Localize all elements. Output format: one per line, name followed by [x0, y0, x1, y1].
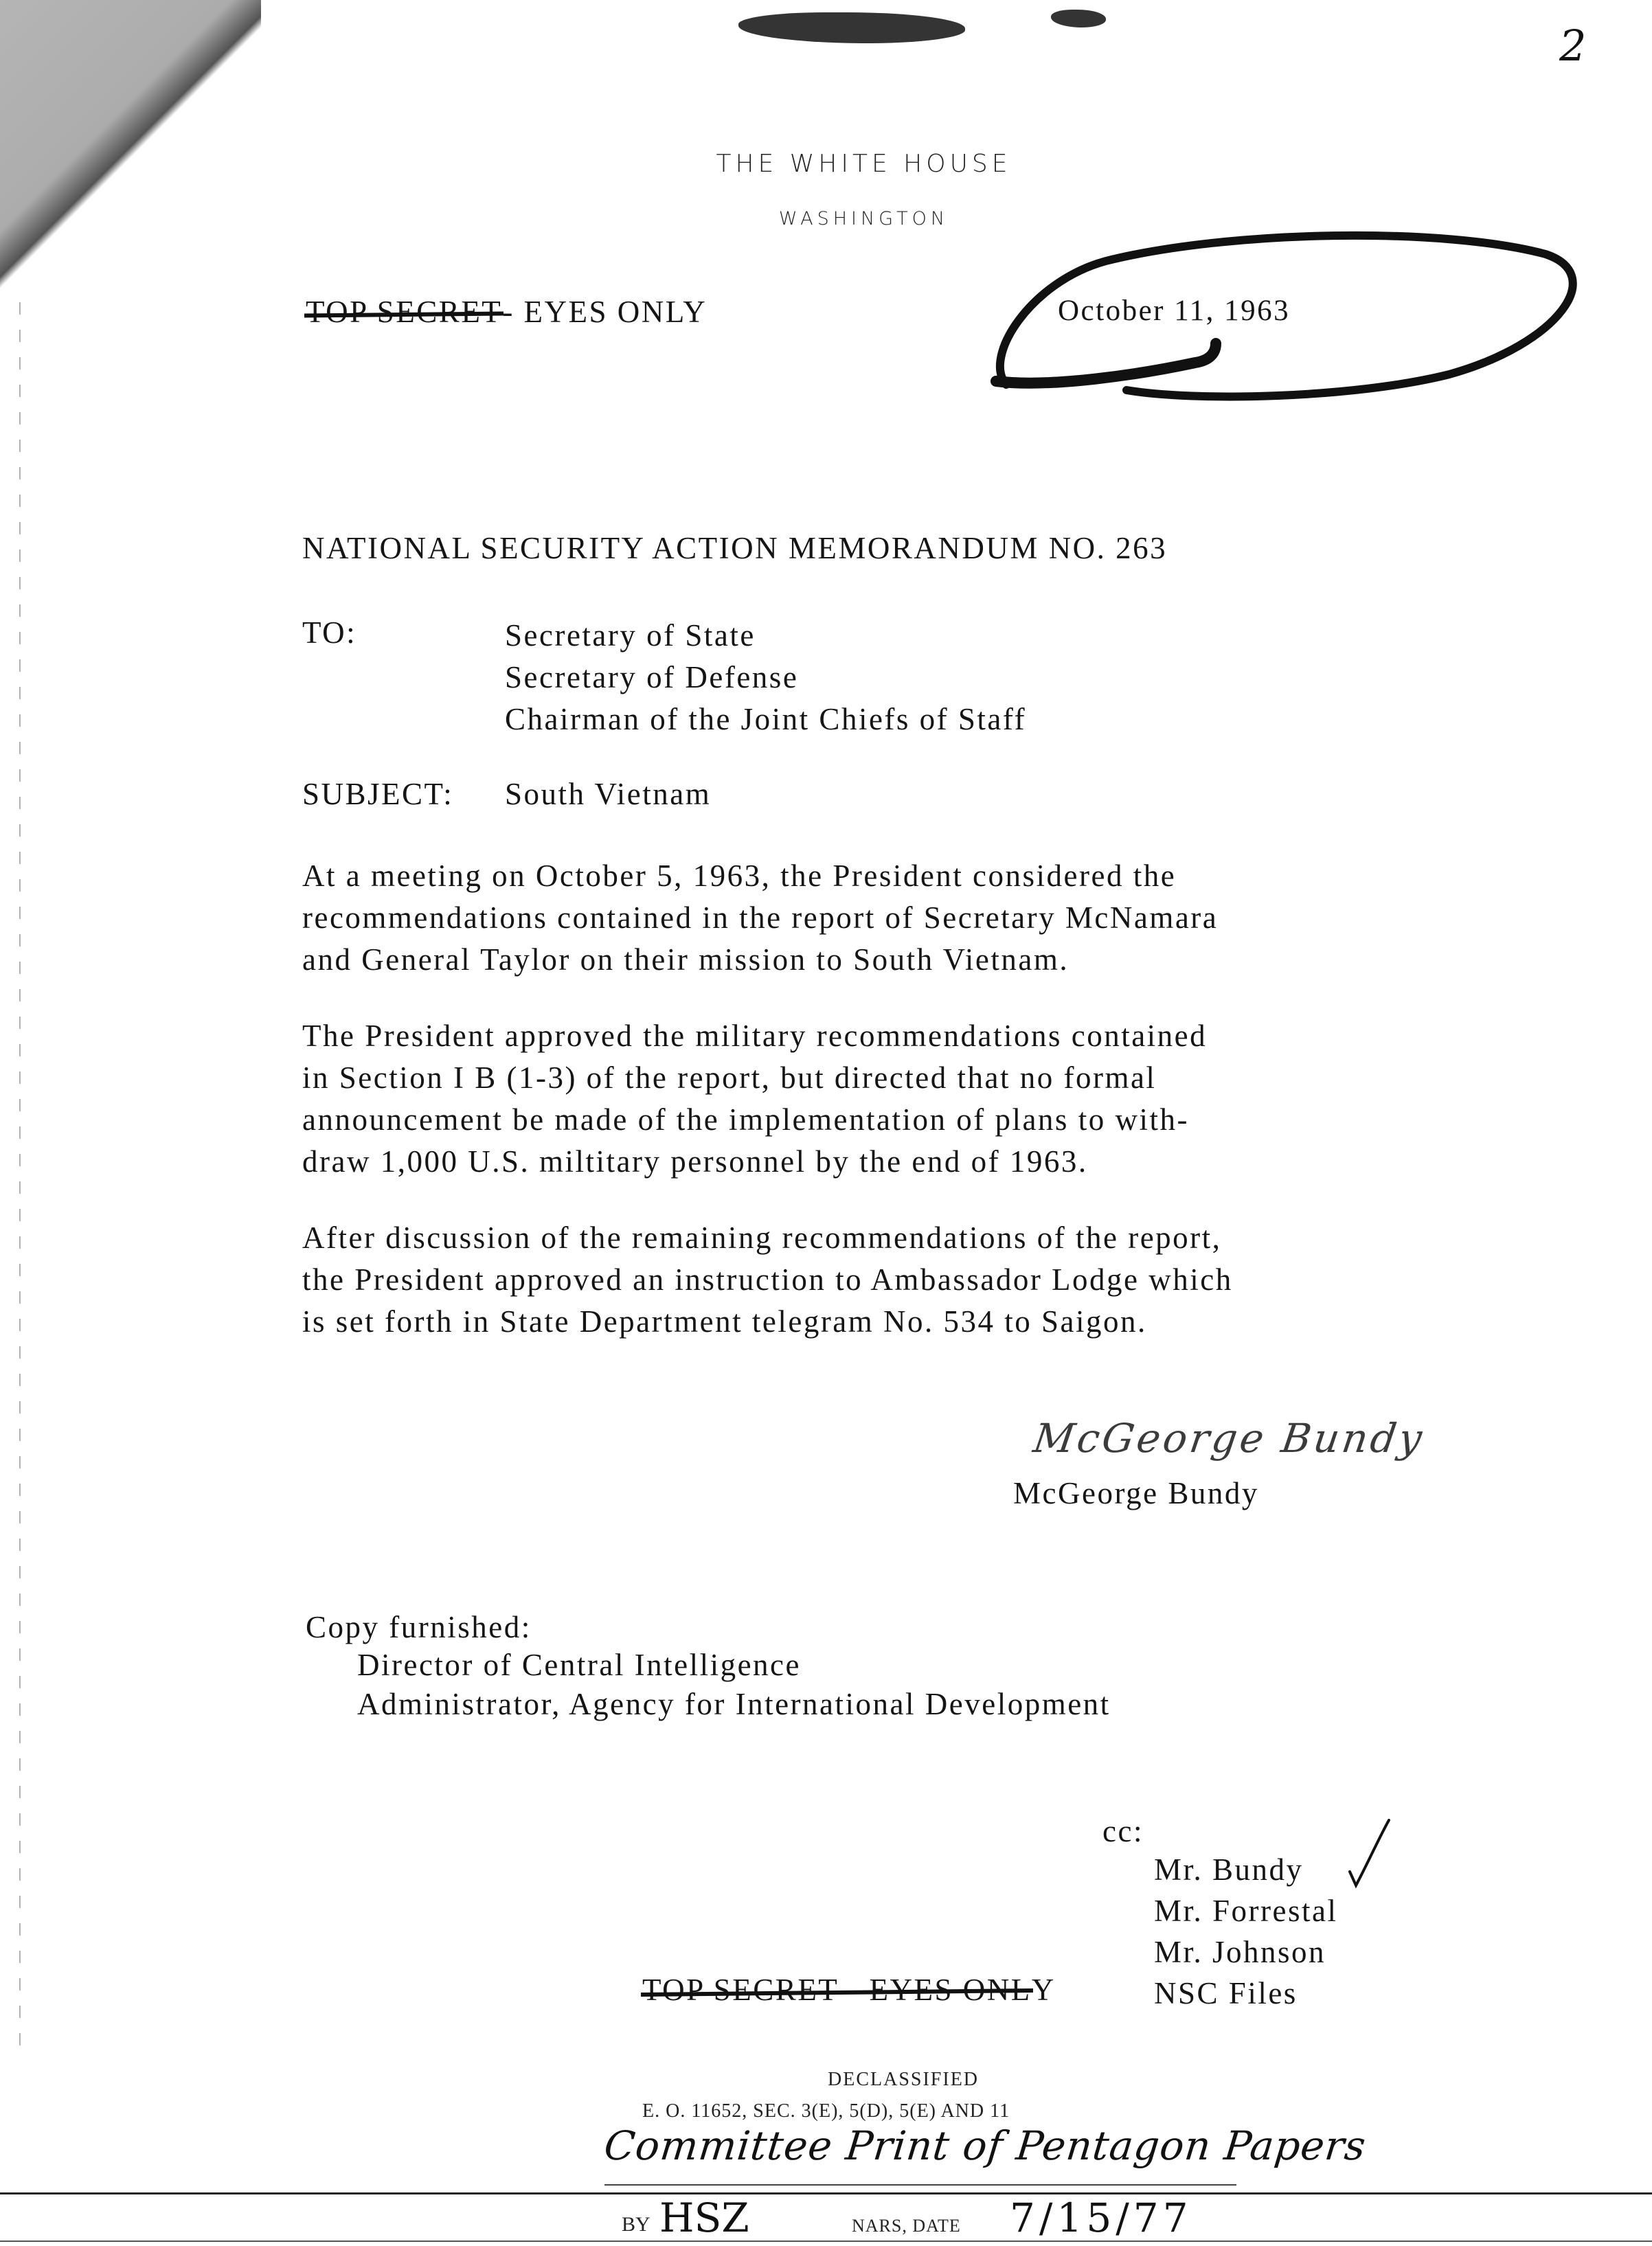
paragraph-1: At a meeting on October 5, 1963, the Pre… [302, 855, 1218, 981]
to-recipient: Secretary of Defense [505, 657, 1026, 699]
paragraph-3: After discussion of the remaining recomm… [302, 1217, 1233, 1343]
declassified-by-label: BY [622, 2213, 650, 2236]
paragraph-line: At a meeting on October 5, 1963, the Pre… [302, 855, 1218, 897]
cc-item: Mr. Johnson [1154, 1931, 1337, 1973]
copy-furnished-item: Director of Central Intelligence [357, 1646, 1111, 1685]
declassified-by-value: HSZ [659, 2194, 749, 2241]
classification-top-struck: TOP SECRET [306, 294, 502, 330]
paragraph-line: After discussion of the remaining recomm… [302, 1217, 1233, 1259]
to-label: TO: [302, 615, 357, 650]
classification-top-remaining: - EYES ONLY [502, 295, 707, 329]
classification-bottom-remaining: Y [1032, 1973, 1056, 2007]
classification-bottom: TOP SECRET - EYES ONLY [642, 1972, 1056, 2008]
copy-furnished-list: Director of Central Intelligence Adminis… [357, 1646, 1111, 1724]
checkmark-icon [1346, 1817, 1394, 1892]
classification-top: TOP SECRET- EYES ONLY [306, 294, 707, 330]
paragraph-line: the President approved an instruction to… [302, 1259, 1233, 1301]
letterhead-title: THE WHITE HOUSE [0, 150, 1652, 178]
cc-item: NSC Files [1154, 1973, 1337, 2014]
paragraph-line: and General Taylor on their mission to S… [302, 939, 1218, 981]
memo-date: October 11, 1963 [1058, 294, 1290, 328]
to-recipient: Secretary of State [505, 615, 1026, 657]
paragraph-line: recommendations contained in the report … [302, 897, 1218, 939]
subject-value: South Vietnam [505, 776, 711, 812]
paragraph-line: is set forth in State Department telegra… [302, 1301, 1233, 1343]
stamp-underline [604, 2184, 1236, 2186]
stamp-divider-rule [0, 2192, 1652, 2194]
cc-list: Mr. Bundy Mr. Forrestal Mr. Johnson NSC … [1154, 1849, 1337, 2014]
scan-smudge-top-right [1051, 10, 1106, 27]
paragraph-line: draw 1,000 U.S. miltitary personnel by t… [302, 1141, 1207, 1183]
to-recipients: Secretary of State Secretary of Defense … [505, 615, 1026, 740]
cc-label: cc: [1102, 1813, 1144, 1849]
nars-date-value: 7/15/77 [1010, 2194, 1192, 2241]
stamp-bottom-rule [0, 2241, 1652, 2242]
declassification-stamp-title: DECLASSIFIED [828, 2069, 979, 2091]
classification-bottom-struck: TOP SECRET - EYES ONL [642, 1972, 1032, 2008]
declassification-stamp-authority: E. O. 11652, SEC. 3(E), 5(D), 5(E) AND 1… [642, 2100, 1010, 2122]
paragraph-2: The President approved the military reco… [302, 1015, 1207, 1183]
page-number-handwritten: 2 [1559, 21, 1586, 71]
signature-handwritten: McGeorge Bundy [1030, 1415, 1427, 1462]
nars-date-label: NARS, DATE [852, 2216, 961, 2236]
signature-typed-name: McGeorge Bundy [1013, 1475, 1259, 1511]
paragraph-line: in Section I B (1-3) of the report, but … [302, 1057, 1207, 1099]
declassification-handwritten-authority: Committee Print of Pentagon Papers [602, 2122, 1368, 2169]
subject-label: SUBJECT: [302, 776, 453, 812]
memo-title: NATIONAL SECURITY ACTION MEMORANDUM NO. … [302, 530, 1167, 566]
to-recipient: Chairman of the Joint Chiefs of Staff [505, 699, 1026, 740]
copy-furnished-label: Copy furnished: [306, 1609, 532, 1645]
copy-furnished-item: Administrator, Agency for International … [357, 1685, 1111, 1724]
cc-item: Mr. Bundy [1154, 1849, 1337, 1890]
cc-item: Mr. Forrestal [1154, 1890, 1337, 1931]
scan-smudge-top [738, 12, 965, 43]
paragraph-line: The President approved the military reco… [302, 1015, 1207, 1057]
paragraph-line: announcement be made of the implementati… [302, 1099, 1207, 1141]
scan-left-edge [19, 302, 21, 2054]
